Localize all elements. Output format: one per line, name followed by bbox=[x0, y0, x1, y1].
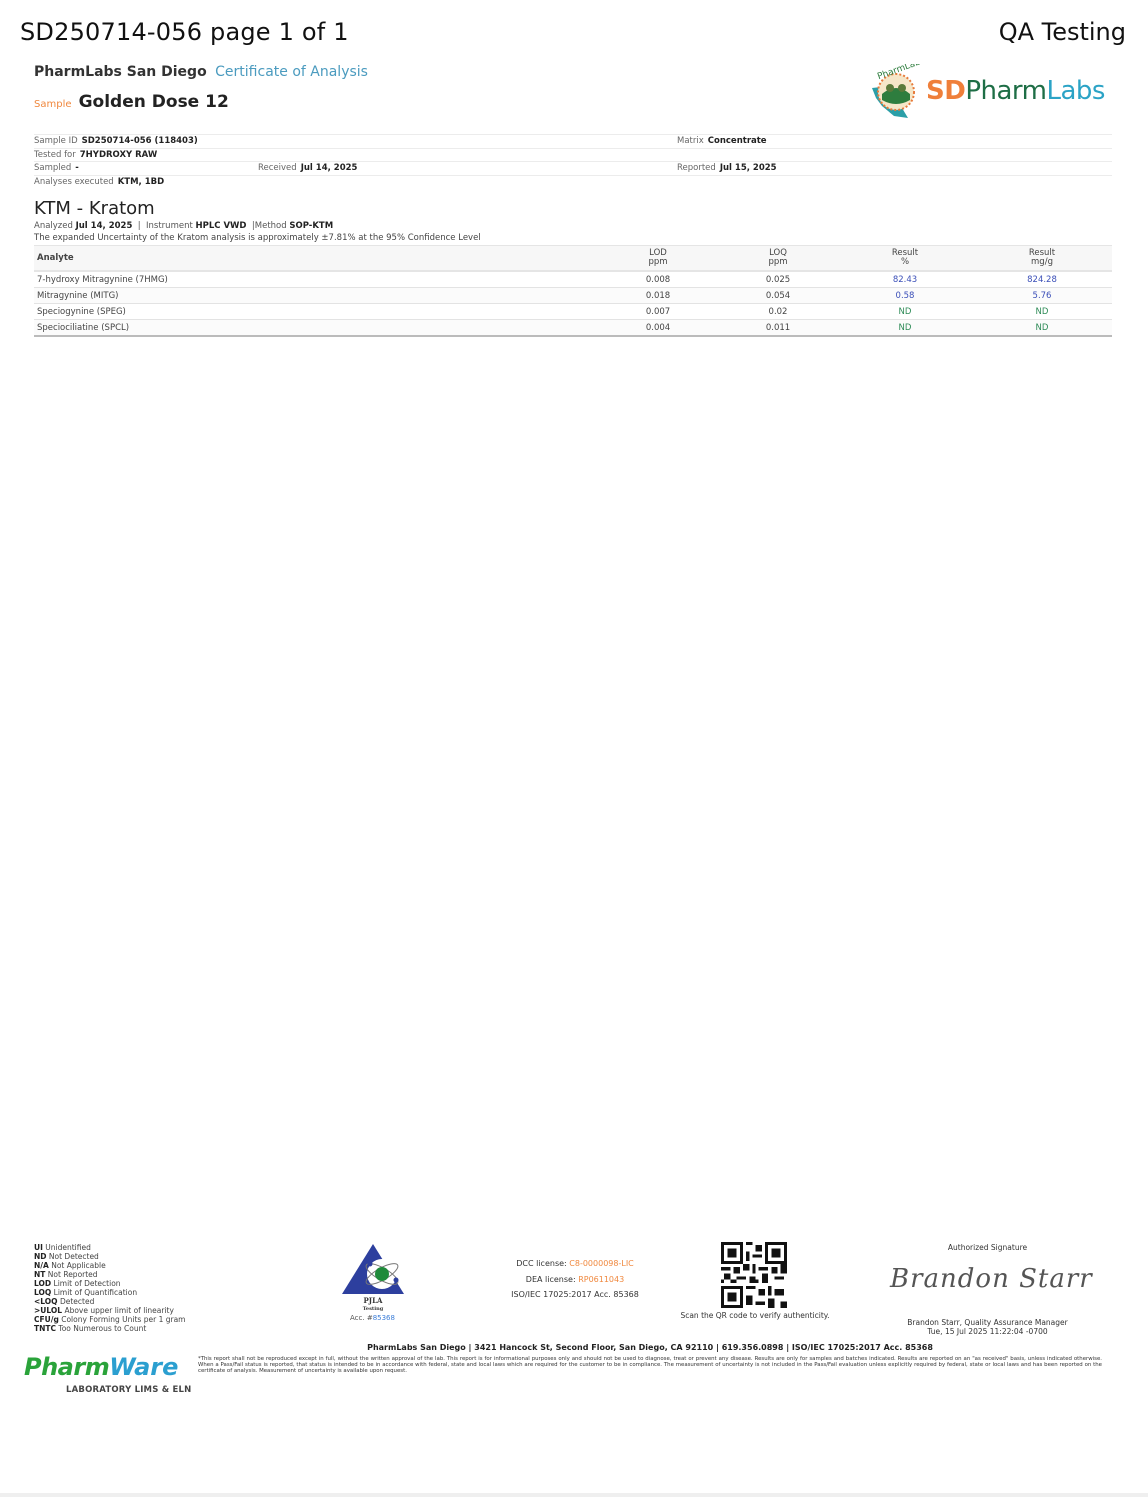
section-title: KTM - Kratom bbox=[34, 198, 155, 219]
logo-labs: Labs bbox=[1046, 76, 1104, 106]
table-row: Speciogynine (SPEG) 0.007 0.02 ND ND bbox=[34, 304, 1112, 320]
sample-info: Sample IDSD250714-056 (118403) MatrixCon… bbox=[34, 134, 1112, 188]
legend-item: ND Not Detected bbox=[34, 1252, 185, 1261]
logo-wordmark: SDPharmLabs bbox=[926, 76, 1105, 106]
sample-heading: Sample Golden Dose 12 bbox=[34, 92, 229, 112]
signature-title: Authorized Signature bbox=[930, 1243, 1045, 1252]
header-result-pct: Result% bbox=[838, 246, 972, 272]
pharmware-tagline: LABORATORY LIMS & ELN bbox=[66, 1385, 191, 1395]
pjla-accreditation-icon: PJLA Testing bbox=[338, 1242, 408, 1322]
header-lod: LODppm bbox=[598, 246, 718, 272]
logo-pharm: Pharm bbox=[965, 76, 1046, 106]
header-loq: LOQppm bbox=[718, 246, 838, 272]
iso-accreditation: ISO/IEC 17025:2017 Acc. 85368 bbox=[490, 1287, 660, 1303]
lab-name: PharmLabs San Diego bbox=[34, 64, 207, 80]
signature-details: Brandon Starr, Quality Assurance Manager… bbox=[890, 1318, 1085, 1336]
lab-heading: PharmLabs San Diego Certificate of Analy… bbox=[34, 64, 368, 80]
results-table: Analyte LODppm LOQppm Result% Resultmg/g… bbox=[34, 245, 1112, 337]
qr-code-icon[interactable] bbox=[720, 1242, 788, 1308]
analysis-meta: Analyzed Jul 14, 2025 | Instrument HPLC … bbox=[34, 221, 333, 231]
pharmware-logo-icon: PharmWare bbox=[24, 1353, 178, 1381]
document-type: Certificate of Analysis bbox=[215, 64, 368, 80]
logo-sd: SD bbox=[926, 76, 965, 106]
table-row: 7-hydroxy Mitragynine (7HMG) 0.008 0.025… bbox=[34, 271, 1112, 288]
legend-item: UI Unidentified bbox=[34, 1243, 185, 1252]
page-bottom-edge bbox=[0, 1493, 1148, 1497]
legend-item: TNTC Too Numerous to Count bbox=[34, 1324, 185, 1333]
legend-item: CFU/g Colony Forming Units per 1 gram bbox=[34, 1315, 185, 1324]
svg-text:PJLA: PJLA bbox=[364, 1296, 383, 1305]
dcc-license: DCC license: C8-0000098-LIC bbox=[490, 1256, 660, 1272]
legend-item: LOD Limit of Detection bbox=[34, 1279, 185, 1288]
uncertainty-note: The expanded Uncertainty of the Kratom a… bbox=[34, 233, 481, 243]
header-result-mgg: Resultmg/g bbox=[972, 246, 1112, 272]
abbreviation-legend: UI Unidentified ND Not Detected N/A Not … bbox=[34, 1243, 185, 1333]
table-row: Mitragynine (MITG) 0.018 0.054 0.58 5.76 bbox=[34, 288, 1112, 304]
pjla-accreditation-number: Acc. #85368 bbox=[350, 1314, 395, 1322]
qa-testing-label: QA Testing bbox=[999, 18, 1126, 46]
info-row-dates: Sampled- ReceivedJul 14, 2025 ReportedJu… bbox=[34, 161, 1112, 175]
table-row: Speciociliatine (SPCL) 0.004 0.011 ND ND bbox=[34, 320, 1112, 337]
license-info: DCC license: C8-0000098-LIC DEA license:… bbox=[490, 1256, 660, 1303]
legend-item: LOQ Limit of Quantification bbox=[34, 1288, 185, 1297]
dea-license: DEA license: RP0611043 bbox=[490, 1272, 660, 1288]
svg-text:Testing: Testing bbox=[363, 1306, 384, 1312]
signer-name: Brandon Starr, Quality Assurance Manager bbox=[890, 1318, 1085, 1327]
legend-item: <LOQ Detected bbox=[34, 1297, 185, 1306]
signature-timestamp: Tue, 15 Jul 2025 11:22:04 -0700 bbox=[890, 1327, 1085, 1336]
info-row-analyses: Analyses executedKTM, 1BD bbox=[34, 175, 1112, 189]
signature-image: Brandon Starr bbox=[890, 1264, 1093, 1294]
sample-name: Golden Dose 12 bbox=[79, 92, 229, 112]
info-row-tested-for: Tested for7HYDROXY RAW bbox=[34, 148, 1112, 162]
sample-label: Sample bbox=[34, 99, 72, 110]
header-analyte: Analyte bbox=[34, 246, 598, 272]
lab-address: PharmLabs San Diego | 3421 Hancock St, S… bbox=[190, 1343, 1110, 1352]
qr-caption: Scan the QR code to verify authenticity. bbox=[680, 1311, 830, 1320]
legend-item: >ULOL Above upper limit of linearity bbox=[34, 1306, 185, 1315]
table-header-row: Analyte LODppm LOQppm Result% Resultmg/g bbox=[34, 246, 1112, 272]
legend-item: N/A Not Applicable bbox=[34, 1261, 185, 1270]
disclaimer: *This report shall not be reproduced exc… bbox=[198, 1357, 1102, 1374]
legend-item: NT Not Reported bbox=[34, 1270, 185, 1279]
info-row-sample-id: Sample IDSD250714-056 (118403) MatrixCon… bbox=[34, 134, 1112, 148]
page-identifier: SD250714-056 page 1 of 1 bbox=[20, 18, 349, 46]
